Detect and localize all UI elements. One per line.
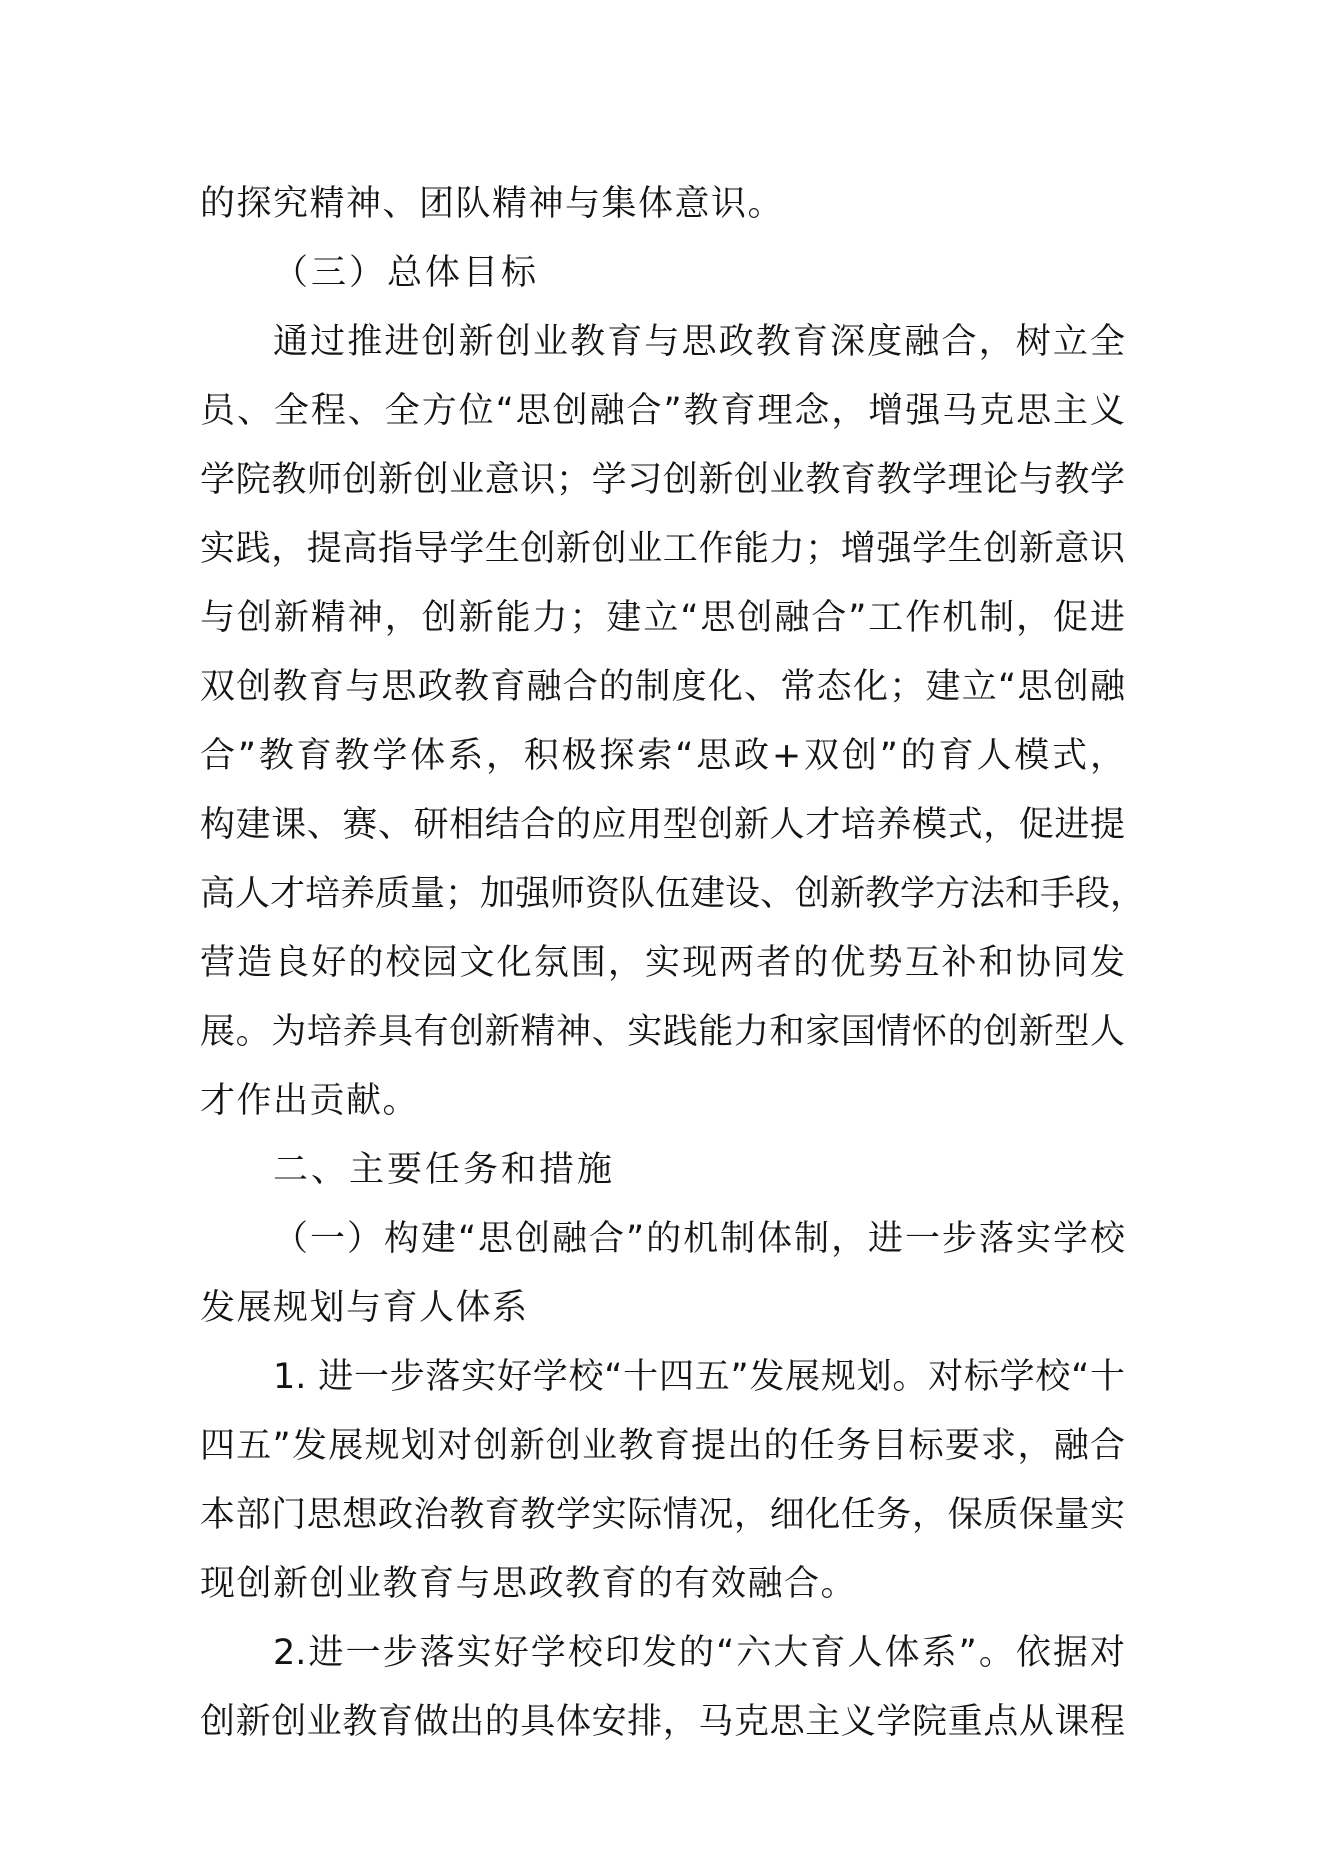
paragraph-line: 员、全程、全方位“思创融合”教育理念，增强马克思主义 — [200, 377, 1125, 446]
paragraph-line: 与创新精神，创新能力；建立“思创融合”工作机制，促进 — [200, 584, 1125, 653]
paragraph-line: 合”教育教学体系，积极探索“思政+双创”的育人模式， — [200, 722, 1125, 791]
section-heading-overall-goal: （三）总体目标 — [200, 239, 1125, 308]
document-body: 的探究精神、团队精神与集体意识。 （三）总体目标 通过推进创新创业教育与思政教育… — [200, 170, 1125, 1757]
paragraph-line: 实践，提高指导学生创新创业工作能力；增强学生创新意识 — [200, 515, 1125, 584]
paragraph-line: 高人才培养质量；加强师资队伍建设、创新教学方法和手段， — [200, 860, 1125, 929]
subsection-heading-line: （一）构建“思创融合”的机制体制，进一步落实学校 — [200, 1205, 1125, 1274]
paragraph-line: 才作出贡献。 — [200, 1067, 1125, 1136]
subsection-heading-line: 发展规划与育人体系 — [200, 1274, 1125, 1343]
paragraph-line: 本部门思想政治教育教学实际情况，细化任务，保质保量实 — [200, 1481, 1125, 1550]
paragraph-line: 学院教师创新创业意识；学习创新创业教育教学理论与教学 — [200, 446, 1125, 515]
paragraph-line: 展。为培养具有创新精神、实践能力和家国情怀的创新型人 — [200, 998, 1125, 1067]
paragraph-line: 创新创业教育做出的具体安排，马克思主义学院重点从课程 — [200, 1688, 1125, 1757]
paragraph-line: 双创教育与思政教育融合的制度化、常态化；建立“思创融 — [200, 653, 1125, 722]
paragraph-line: 营造良好的校园文化氛围，实现两者的优势互补和协同发 — [200, 929, 1125, 998]
paragraph-line: 通过推进创新创业教育与思政教育深度融合，树立全 — [200, 308, 1125, 377]
paragraph-line: 四五”发展规划对创新创业教育提出的任务目标要求，融合 — [200, 1412, 1125, 1481]
paragraph-line: 1. 进一步落实好学校“十四五”发展规划。对标学校“十 — [200, 1343, 1125, 1412]
paragraph-line: 构建课、赛、研相结合的应用型创新人才培养模式，促进提 — [200, 791, 1125, 860]
paragraph-line: 2.进一步落实好学校印发的“六大育人体系”。依据对 — [200, 1619, 1125, 1688]
section-heading-main-tasks: 二、主要任务和措施 — [200, 1136, 1125, 1205]
paragraph-line: 现创新创业教育与思政教育的有效融合。 — [200, 1550, 1125, 1619]
document-page: 的探究精神、团队精神与集体意识。 （三）总体目标 通过推进创新创业教育与思政教育… — [0, 0, 1317, 1869]
paragraph-line: 的探究精神、团队精神与集体意识。 — [200, 170, 1125, 239]
